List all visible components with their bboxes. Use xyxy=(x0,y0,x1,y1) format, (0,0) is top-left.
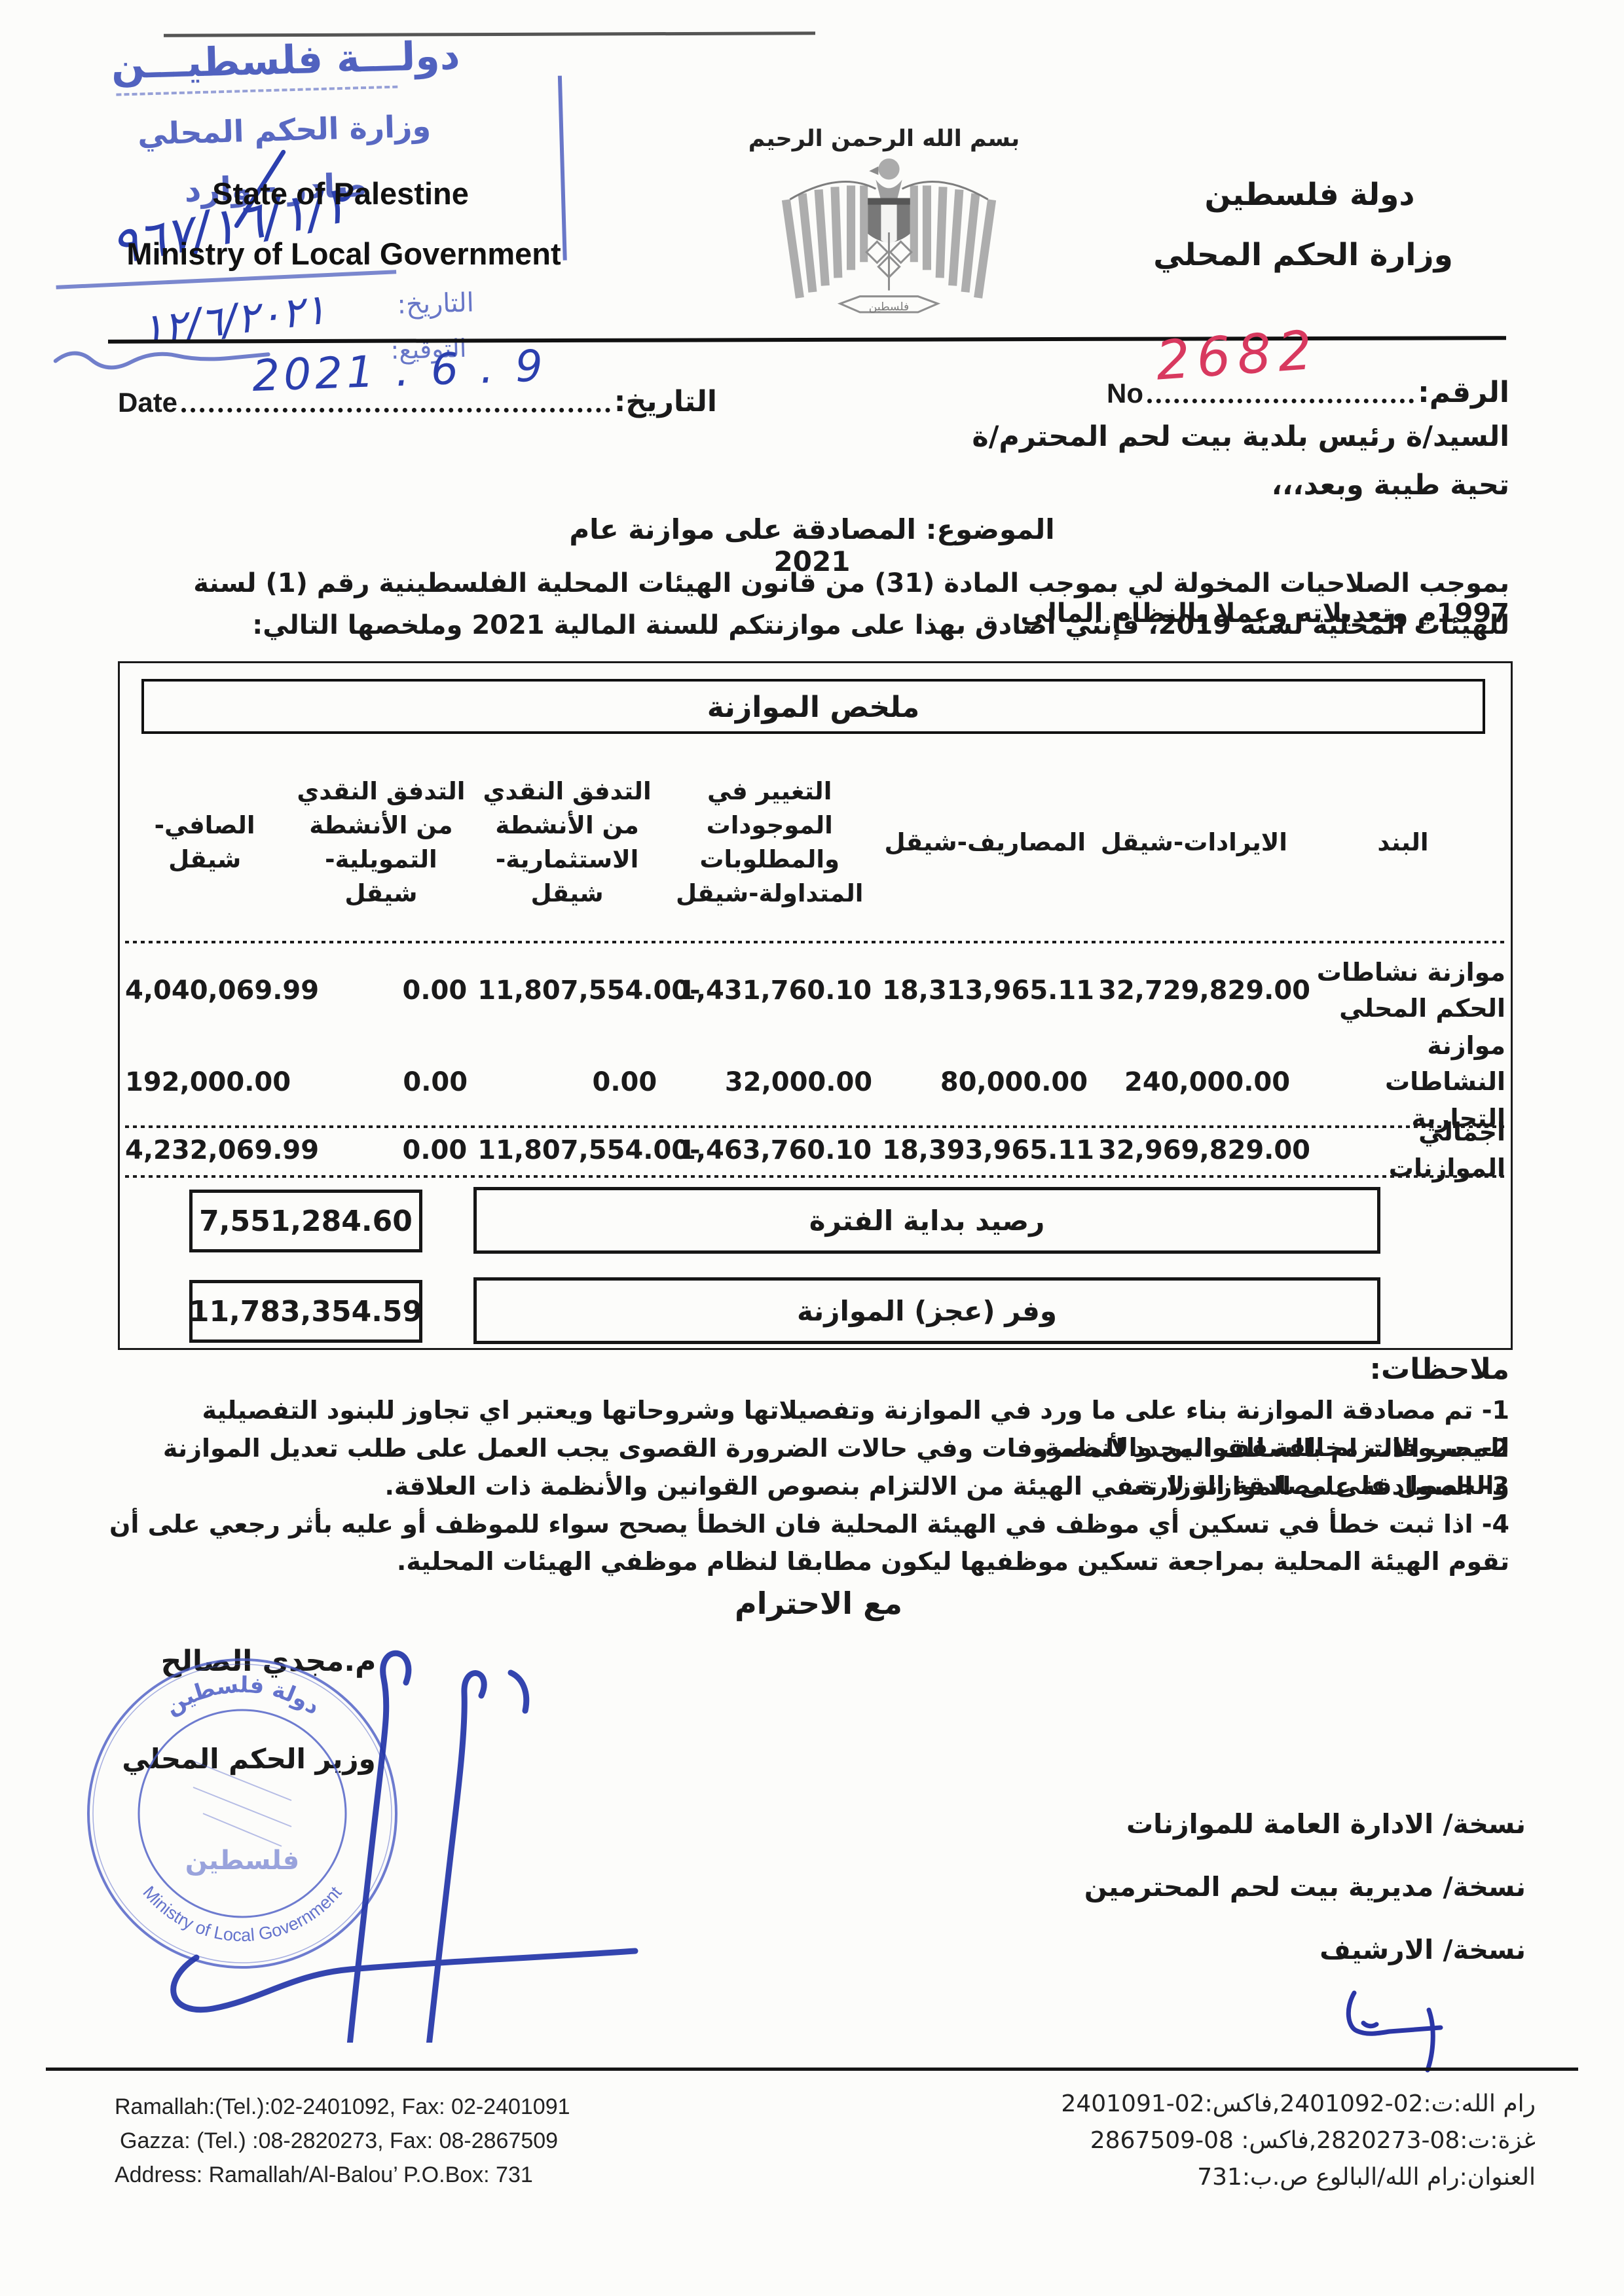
note-item-3: 3- المصادقة على الموازنة لا تعفي الهيئة … xyxy=(92,1468,1509,1505)
footer-contact-english: Ramallah:(Tel.):02-2401092, Fax: 02-2401… xyxy=(115,2090,737,2192)
row-value: 32,729,829.00 xyxy=(1093,975,1296,1006)
scanned-letter-page: دولـــة فلسطيـــن وزارة الحكم المحلي صاد… xyxy=(0,0,1624,2296)
footer-en-ramallah: Ramallah:(Tel.):02-2401092, Fax: 02-2401… xyxy=(115,2090,737,2124)
col-header-item: البند xyxy=(1295,826,1511,860)
stamp-ministry-line: وزارة الحكم المحلي xyxy=(136,108,432,152)
footer-ar-ramallah: رام الله:ت:02-2401092,فاكس:02-2401091 xyxy=(904,2086,1536,2123)
emblem-scroll-text: فلسطين xyxy=(869,301,909,314)
svg-text:دولة فلسطين: دولة فلسطين xyxy=(160,1671,325,1720)
ref-no-label-en: No xyxy=(1107,378,1143,409)
basmala-calligraphy: بسم الله الرحمن الرحيم xyxy=(733,126,1035,152)
footer-en-gaza: Gazza: (Tel.) :08-2820273, Fax: 08-28675… xyxy=(115,2124,737,2158)
footer-ar-address: العنوان:رام الله/البالوع ص.ب:731 xyxy=(904,2159,1536,2196)
col-header-investing: التدفق النقدي من الأنشطة الاستثمارية-شيق… xyxy=(473,774,662,910)
totals-value: 32,969,829.00 xyxy=(1093,1135,1296,1165)
footer-contact-arabic: رام الله:ت:02-2401092,فاكس:02-2401091 غز… xyxy=(904,2086,1536,2196)
header-english-ministry: Ministry of Local Government xyxy=(88,236,599,272)
row-value: 32,000.00 xyxy=(662,1067,877,1097)
pen-scribble-icon xyxy=(1329,1984,1460,2075)
notes-heading: ملاحظات: xyxy=(1244,1353,1509,1386)
header-english-state: State of Palestine xyxy=(177,175,504,211)
footer-en-address: Address: Ramallah/Al-Balou’ P.O.Box: 731 xyxy=(115,2158,737,2192)
ref-no-label-ar: الرقم: xyxy=(1418,377,1509,409)
row-value: 80,000.00 xyxy=(877,1067,1093,1097)
totals-value: 11,807,554.00- xyxy=(472,1135,662,1165)
body-paragraph-line2: للهيئات المحلية لسنة 2019، فإنني أصادق ب… xyxy=(111,610,1509,640)
table-separator-1 xyxy=(125,941,1505,943)
row-value: 192,000.00 xyxy=(120,1067,290,1097)
col-header-financing: التدفق النقدي من الأنشطة التمويلية- شيقل xyxy=(289,774,472,910)
row-value: 0.00 xyxy=(290,1067,473,1097)
table-header-row: البند الايرادات-شيقل المصاريف-شيقل التغي… xyxy=(120,747,1511,938)
stamp-state-line: دولـــة فلسطيـــن xyxy=(56,31,515,90)
header-arabic-state: دولة فلسطين xyxy=(1153,177,1467,213)
note-item-4: 4- اذا ثبت خطأ في تسكين أي موظف في الهيئ… xyxy=(92,1506,1509,1580)
row-value: 11,807,554.00- xyxy=(472,975,662,1006)
col-header-revenues: الايرادات-شيقل xyxy=(1093,826,1295,860)
stamp-vertical-line xyxy=(558,76,567,261)
opening-balance-value-box: 7,551,284.60 xyxy=(189,1190,422,1252)
table-row: موازنة النشاطات التجارية 240,000.00 80,0… xyxy=(120,1038,1511,1127)
table-separator-3 xyxy=(125,1175,1505,1178)
round-stamp-english-arc-text: Ministry of Local Government xyxy=(139,1882,346,1945)
stamp-dashed-underline xyxy=(116,86,397,96)
row-label: موازنة نشاطات الحكم المحلي xyxy=(1296,955,1511,1027)
svg-text:Ministry of Local Government: Ministry of Local Government xyxy=(139,1882,346,1945)
row-value: 0.00 xyxy=(473,1067,662,1097)
copy-line-budgets-directorate: نسخة/ الادارة العامة للموازنات xyxy=(995,1808,1526,1840)
opening-balance-label-box: رصيد بداية الفترة xyxy=(473,1187,1380,1254)
row-value: 240,000.00 xyxy=(1093,1067,1295,1097)
row-value: 4,040,069.99 xyxy=(120,975,290,1006)
col-header-expenses: المصاريف-شيقل xyxy=(877,826,1093,860)
col-header-net: الصافي-شيقل xyxy=(120,809,289,877)
table-row: موازنة نشاطات الحكم المحلي 32,729,829.00… xyxy=(120,945,1511,1036)
date-label-ar: التاريخ: xyxy=(614,386,717,418)
ministry-round-stamp-and-signature: دولة فلسطين Ministry of Local Government… xyxy=(52,1597,747,2043)
round-stamp-center-text: فلسطين xyxy=(185,1846,300,1876)
totals-value: 4,232,069.99 xyxy=(120,1135,290,1165)
col-header-change: التغيير في الموجودات والمطلوبات المتداول… xyxy=(662,774,877,910)
row-value: 18,313,965.11 xyxy=(877,975,1093,1006)
surplus-deficit-label-box: وفر (عجز) الموازنة xyxy=(473,1277,1380,1344)
round-stamp-arabic-arc-text: دولة فلسطين xyxy=(160,1671,325,1720)
footer-rule xyxy=(46,2068,1578,2071)
table-totals-row: اجمالي الموازنات 32,969,829.00 18,393,96… xyxy=(120,1129,1511,1171)
totals-value: 18,393,965.11 xyxy=(877,1135,1093,1165)
header-arabic-ministry: وزارة الحكم المحلي xyxy=(1113,237,1493,273)
surplus-deficit-value-box: 11,783,354.59 xyxy=(189,1280,422,1343)
stamp-date-label: التاريخ: xyxy=(397,287,475,319)
ref-no-handwritten-value: 2682 xyxy=(1154,319,1321,392)
national-emblem-eagle-icon: فلسطين xyxy=(776,152,1002,323)
table-title-box: ملخص الموازنة xyxy=(141,679,1485,734)
addressee-line: السيد/ة رئيس بلدية بيت لحم المحترم/ة xyxy=(786,420,1509,453)
copy-line-bethlehem-directorate: نسخة/ مديرية بيت لحم المحترمين xyxy=(995,1871,1526,1903)
footer-ar-gaza: غزة:ت:08-2820273,فاكس: 08-2867509 xyxy=(904,2123,1536,2159)
date-label-en: Date xyxy=(118,388,177,418)
greeting-line: تحية طيبة وبعد،،، xyxy=(1179,469,1509,501)
budget-summary-table: ملخص الموازنة البند الايرادات-شيقل المصا… xyxy=(118,661,1513,1350)
copy-line-archive: نسخة/ الارشيف xyxy=(995,1934,1526,1965)
